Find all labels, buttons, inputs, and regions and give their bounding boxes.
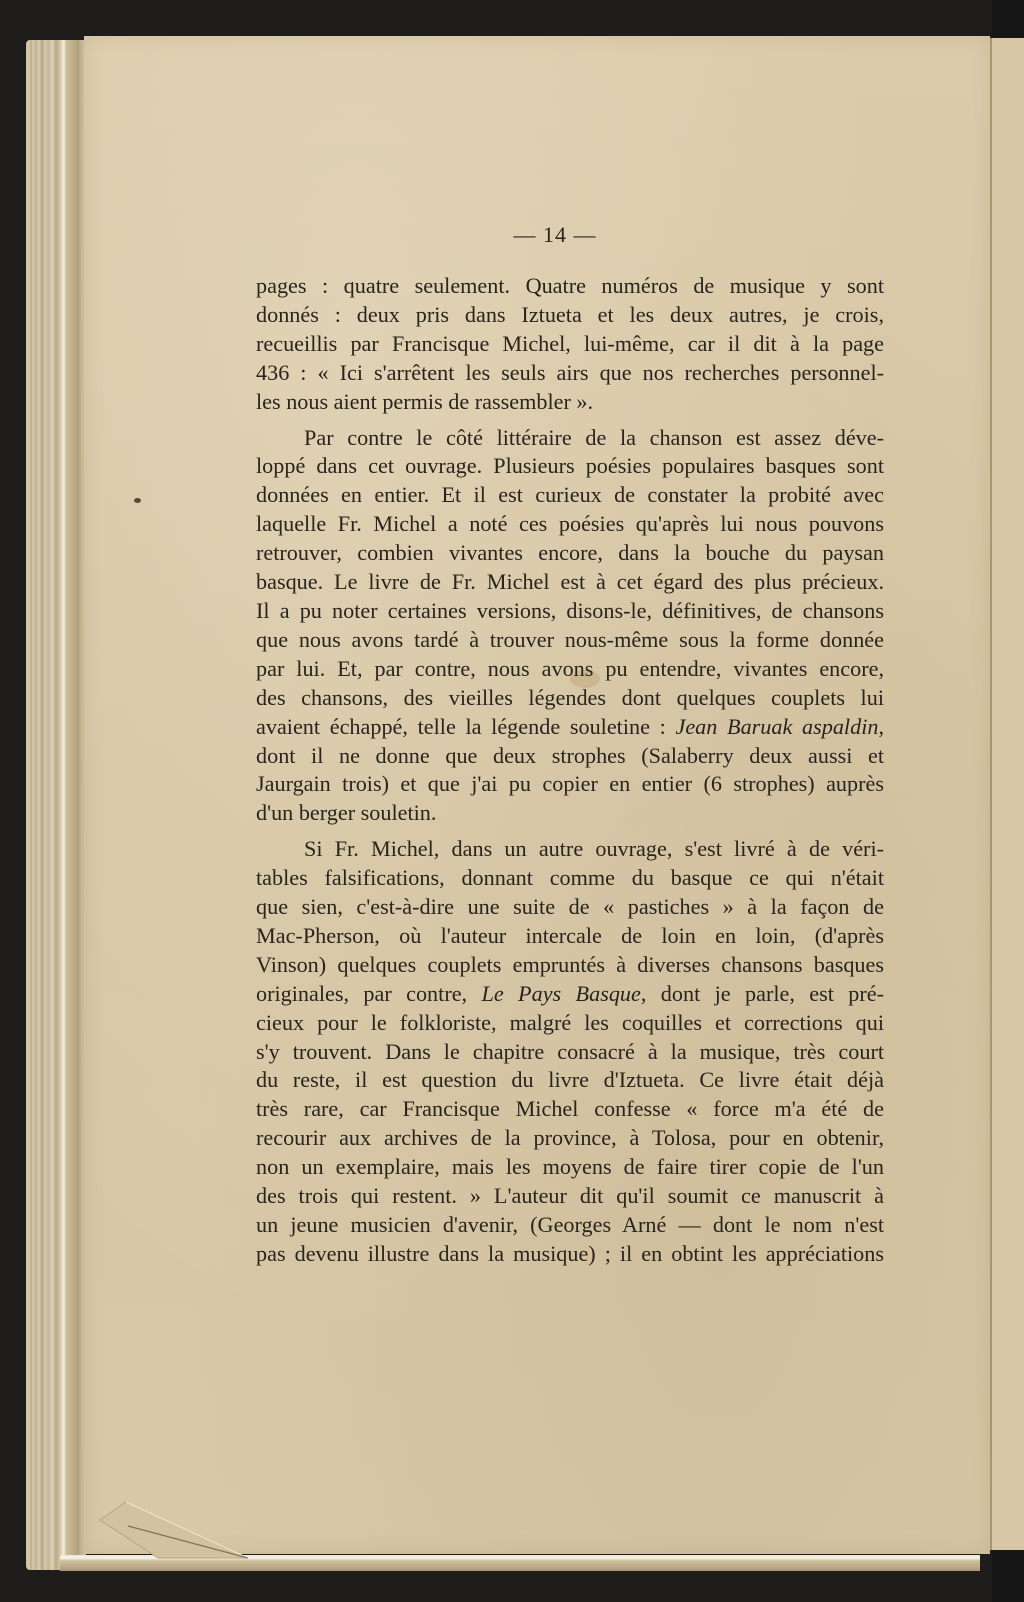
text-line: loppé dans cet ouvrage. Plusieurs poésie…	[256, 452, 884, 481]
text-line: des trois qui restent. » L'auteur dit qu…	[256, 1182, 884, 1211]
text-run: originales, par contre,	[256, 981, 481, 1006]
text-run: avaient échappé, telle la légende soulet…	[256, 714, 675, 739]
text-line: s'y trouvent. Dans le chapitre consacré …	[256, 1038, 884, 1067]
text-run: , dont je parle, est pré-	[641, 981, 884, 1006]
paragraph-2: Par contre le côté littéraire de la chan…	[256, 424, 884, 829]
text-line-with-title: originales, par contre, Le Pays Basque, …	[256, 980, 884, 1009]
text-line: du reste, il est question du livre d'Izt…	[256, 1066, 884, 1095]
text-line: cieux pour le folkloriste, malgré les co…	[256, 1009, 884, 1038]
text-line: basque. Le livre de Fr. Michel est à cet…	[256, 568, 884, 597]
text-line-with-title: avaient échappé, telle la légende soulet…	[256, 713, 884, 742]
text-line: recourir aux archives de la province, à …	[256, 1124, 884, 1153]
text-line: par lui. Et, par contre, nous avons pu e…	[256, 655, 884, 684]
text-line: Vinson) quelques couplets empruntés à di…	[256, 951, 884, 980]
adjacent-page-edge	[990, 38, 1024, 1550]
paragraph-3: Si Fr. Michel, dans un autre ouvrage, s'…	[256, 835, 884, 1269]
text-line: Il a pu noter certaines versions, disons…	[256, 597, 884, 626]
text-line: que sien, c'est-à-dire une suite de « pa…	[256, 893, 884, 922]
text-line: un jeune musicien d'avenir, (Georges Arn…	[256, 1211, 884, 1240]
page-stack-edges	[26, 40, 86, 1570]
italic-book-title: Le Pays Basque	[481, 981, 640, 1006]
text-line: Jaurgain trois) et que j'ai pu copier en…	[256, 770, 884, 799]
text-line: d'un berger souletin.	[256, 799, 884, 828]
text-line: Mac-Pherson, où l'auteur intercale de lo…	[256, 922, 884, 951]
italic-song-title: Jean Baruak aspaldin	[675, 714, 878, 739]
text-line: recueillis par Francisque Michel, lui-mê…	[256, 330, 884, 359]
text-line: que nous avons tardé à trouver nous-même…	[256, 626, 884, 655]
folded-corner	[98, 1480, 248, 1560]
text-line: données en entier. Et il est curieux de …	[256, 481, 884, 510]
paragraph-1: pages : quatre seulement. Quatre numéros…	[256, 272, 884, 417]
text-line: laquelle Fr. Michel a noté ces poésies q…	[256, 510, 884, 539]
text-line: les nous aient permis de rassembler ».	[256, 388, 884, 417]
text-line: Si Fr. Michel, dans un autre ouvrage, s'…	[256, 835, 884, 864]
body-text: pages : quatre seulement. Quatre numéros…	[256, 272, 884, 1269]
text-line: des chansons, des vieilles légendes dont…	[256, 684, 884, 713]
text-run: ,	[878, 714, 884, 739]
text-line: tables falsifications, donnant comme du …	[256, 864, 884, 893]
text-line: pages : quatre seulement. Quatre numéros…	[256, 272, 884, 301]
text-line: très rare, car Francisque Michel confess…	[256, 1095, 884, 1124]
text-line: retrouver, combien vivantes encore, dans…	[256, 539, 884, 568]
text-line: donnés : deux pris dans Iztueta et les d…	[256, 301, 884, 330]
text-line: Par contre le côté littéraire de la chan…	[256, 424, 884, 453]
text-line: dont il ne donne que deux strophes (Sala…	[256, 742, 884, 771]
margin-ink-spot	[134, 498, 141, 503]
text-line: non un exemplaire, mais les moyens de fa…	[256, 1153, 884, 1182]
page-number: — 14 —	[500, 222, 610, 248]
text-line: 436 : « Ici s'arrêtent les seuls airs qu…	[256, 359, 884, 388]
text-line: pas devenu illustre dans la musique) ; i…	[256, 1240, 884, 1269]
